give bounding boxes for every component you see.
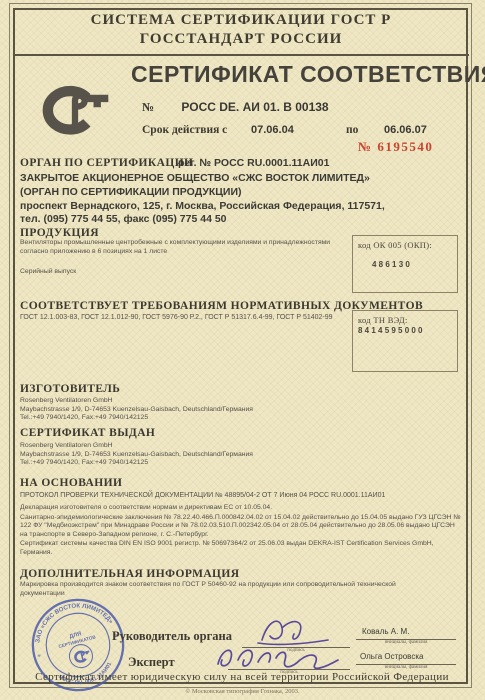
head-name: Коваль А. М.	[362, 627, 409, 636]
valid-to-label: по	[346, 124, 358, 136]
additional-info-label: ДОПОЛНИТЕЛЬНАЯ ИНФОРМАЦИЯ	[20, 568, 239, 580]
certificate-number: РОСС DE. АИ 01. В 00138	[181, 100, 328, 114]
system-header-line1: СИСТЕМА СЕРТИФИКАЦИИ ГОСТ Р	[13, 11, 469, 30]
certification-body-label: ОРГАН ПО СЕРТИФИКАЦИИ	[20, 157, 193, 169]
basis-paragraph-2: Санитарно-эпидемиологические заключения …	[20, 514, 462, 540]
issued-to-name: Rosenberg Ventilatoren GmbH	[20, 442, 253, 451]
expert-label: Эксперт	[128, 655, 175, 670]
manufacturer-info: Rosenberg Ventilatoren GmbH Maybachstras…	[20, 397, 253, 423]
tnved-code-value: 8 4 1 4 5 9 5 0 0 0	[358, 326, 452, 335]
expert-name: Ольга Островска	[360, 652, 423, 661]
certification-body-name: ЗАКРЫТОЕ АКЦИОНЕРНОЕ ОБЩЕСТВО «СЖС ВОСТО…	[20, 172, 370, 184]
okp-code-value: 4 8 6 1 3 0	[358, 260, 452, 269]
manufacturer-address: Maybachstrasse 1/9, D-74653 Kuenzelsau-G…	[20, 406, 253, 415]
certificate-page: СИСТЕМА СЕРТИФИКАЦИИ ГОСТ Р ГОССТАНДАРТ …	[0, 0, 485, 700]
product-description: Вентиляторы промышленные центробежные с …	[20, 239, 342, 256]
head-name-caption: инициалы, фамилия	[356, 640, 456, 645]
certification-body-phone: тел. (095) 775 44 55, факс (095) 775 44 …	[20, 213, 227, 225]
okp-code-box: код ОК 005 (ОКП): 4 8 6 1 3 0	[352, 235, 458, 293]
issued-to-label: СЕРТИФИКАТ ВЫДАН	[20, 427, 155, 439]
stamp-rst-logo-icon	[74, 650, 91, 663]
expert-signature	[212, 640, 340, 672]
issued-to-info: Rosenberg Ventilatoren GmbH Maybachstras…	[20, 442, 253, 468]
tnved-code-label: код ТН ВЭД:	[358, 315, 452, 325]
product-label: ПРОДУКЦИЯ	[20, 227, 99, 239]
certification-body-reg-number: рег. № РОСС RU.0001.11АИ01	[178, 157, 329, 169]
okp-code-label: код ОК 005 (ОКП):	[358, 240, 452, 250]
manufacturer-phone: Tel.:+49 7940/1420, Fax:+49 7940/142125	[20, 414, 253, 423]
valid-to-date: 06.06.07	[384, 124, 427, 136]
manufacturer-name: Rosenberg Ventilatoren GmbH	[20, 397, 253, 406]
basis-paragraph-1: Декларация изготовителя о соответствии н…	[20, 504, 462, 513]
print-footer: © Московская типография Гознака, 2003.	[0, 688, 485, 695]
rst-logo-icon	[38, 82, 112, 140]
blank-serial-number: № 6195540	[358, 139, 433, 155]
basis-paragraph-3: Сертификат системы качества DIN EN ISO 9…	[20, 540, 462, 557]
certificate-number-row: № РОСС DE. АИ 01. В 00138	[142, 100, 329, 115]
certification-body-address: проспект Вернадского, 125, г. Москва, Ро…	[20, 200, 385, 212]
issued-to-address: Maybachstrasse 1/9, D-74653 Kuenzelsau-G…	[20, 451, 253, 460]
expert-name-caption: инициалы, фамилия	[356, 665, 456, 670]
normative-documents: ГОСТ 12.1.003-83, ГОСТ 12.1.012-90, ГОСТ…	[20, 314, 350, 323]
system-header: СИСТЕМА СЕРТИФИКАЦИИ ГОСТ Р ГОССТАНДАРТ …	[13, 11, 469, 49]
valid-from-date: 07.06.04	[251, 124, 294, 136]
issued-to-phone: Tel.:+49 7940/1420, Fax:+49 7940/142125	[20, 459, 253, 468]
number-sign: №	[142, 100, 154, 115]
serial-production-note: Серийный выпуск	[20, 268, 76, 277]
header-divider	[14, 54, 469, 56]
legal-validity-line: Сертификат имеет юридическую силу на все…	[14, 671, 470, 683]
stamp-star-left: *	[36, 652, 42, 662]
basis-label: НА ОСНОВАНИИ	[20, 477, 122, 489]
tnved-code-box: код ТН ВЭД: 8 4 1 4 5 9 5 0 0 0	[352, 310, 458, 372]
basis-paragraphs: Декларация изготовителя о соответствии н…	[20, 504, 462, 559]
system-header-line2: ГОССТАНДАРТ РОССИИ	[13, 30, 469, 49]
manufacturer-label: ИЗГОТОВИТЕЛЬ	[20, 383, 120, 395]
certificate-title: СЕРТИФИКАТ СООТВЕТСТВИЯ	[131, 61, 471, 88]
basis-protocol: ПРОТОКОЛ ПРОВЕРКИ ТЕХНИЧЕСКОЙ ДОКУМЕНТАЦ…	[20, 492, 460, 501]
validity-label: Срок действия с	[142, 124, 227, 136]
certification-body-subtitle: (ОРГАН ПО СЕРТИФИКАЦИИ ПРОДУКЦИИ)	[20, 186, 242, 198]
